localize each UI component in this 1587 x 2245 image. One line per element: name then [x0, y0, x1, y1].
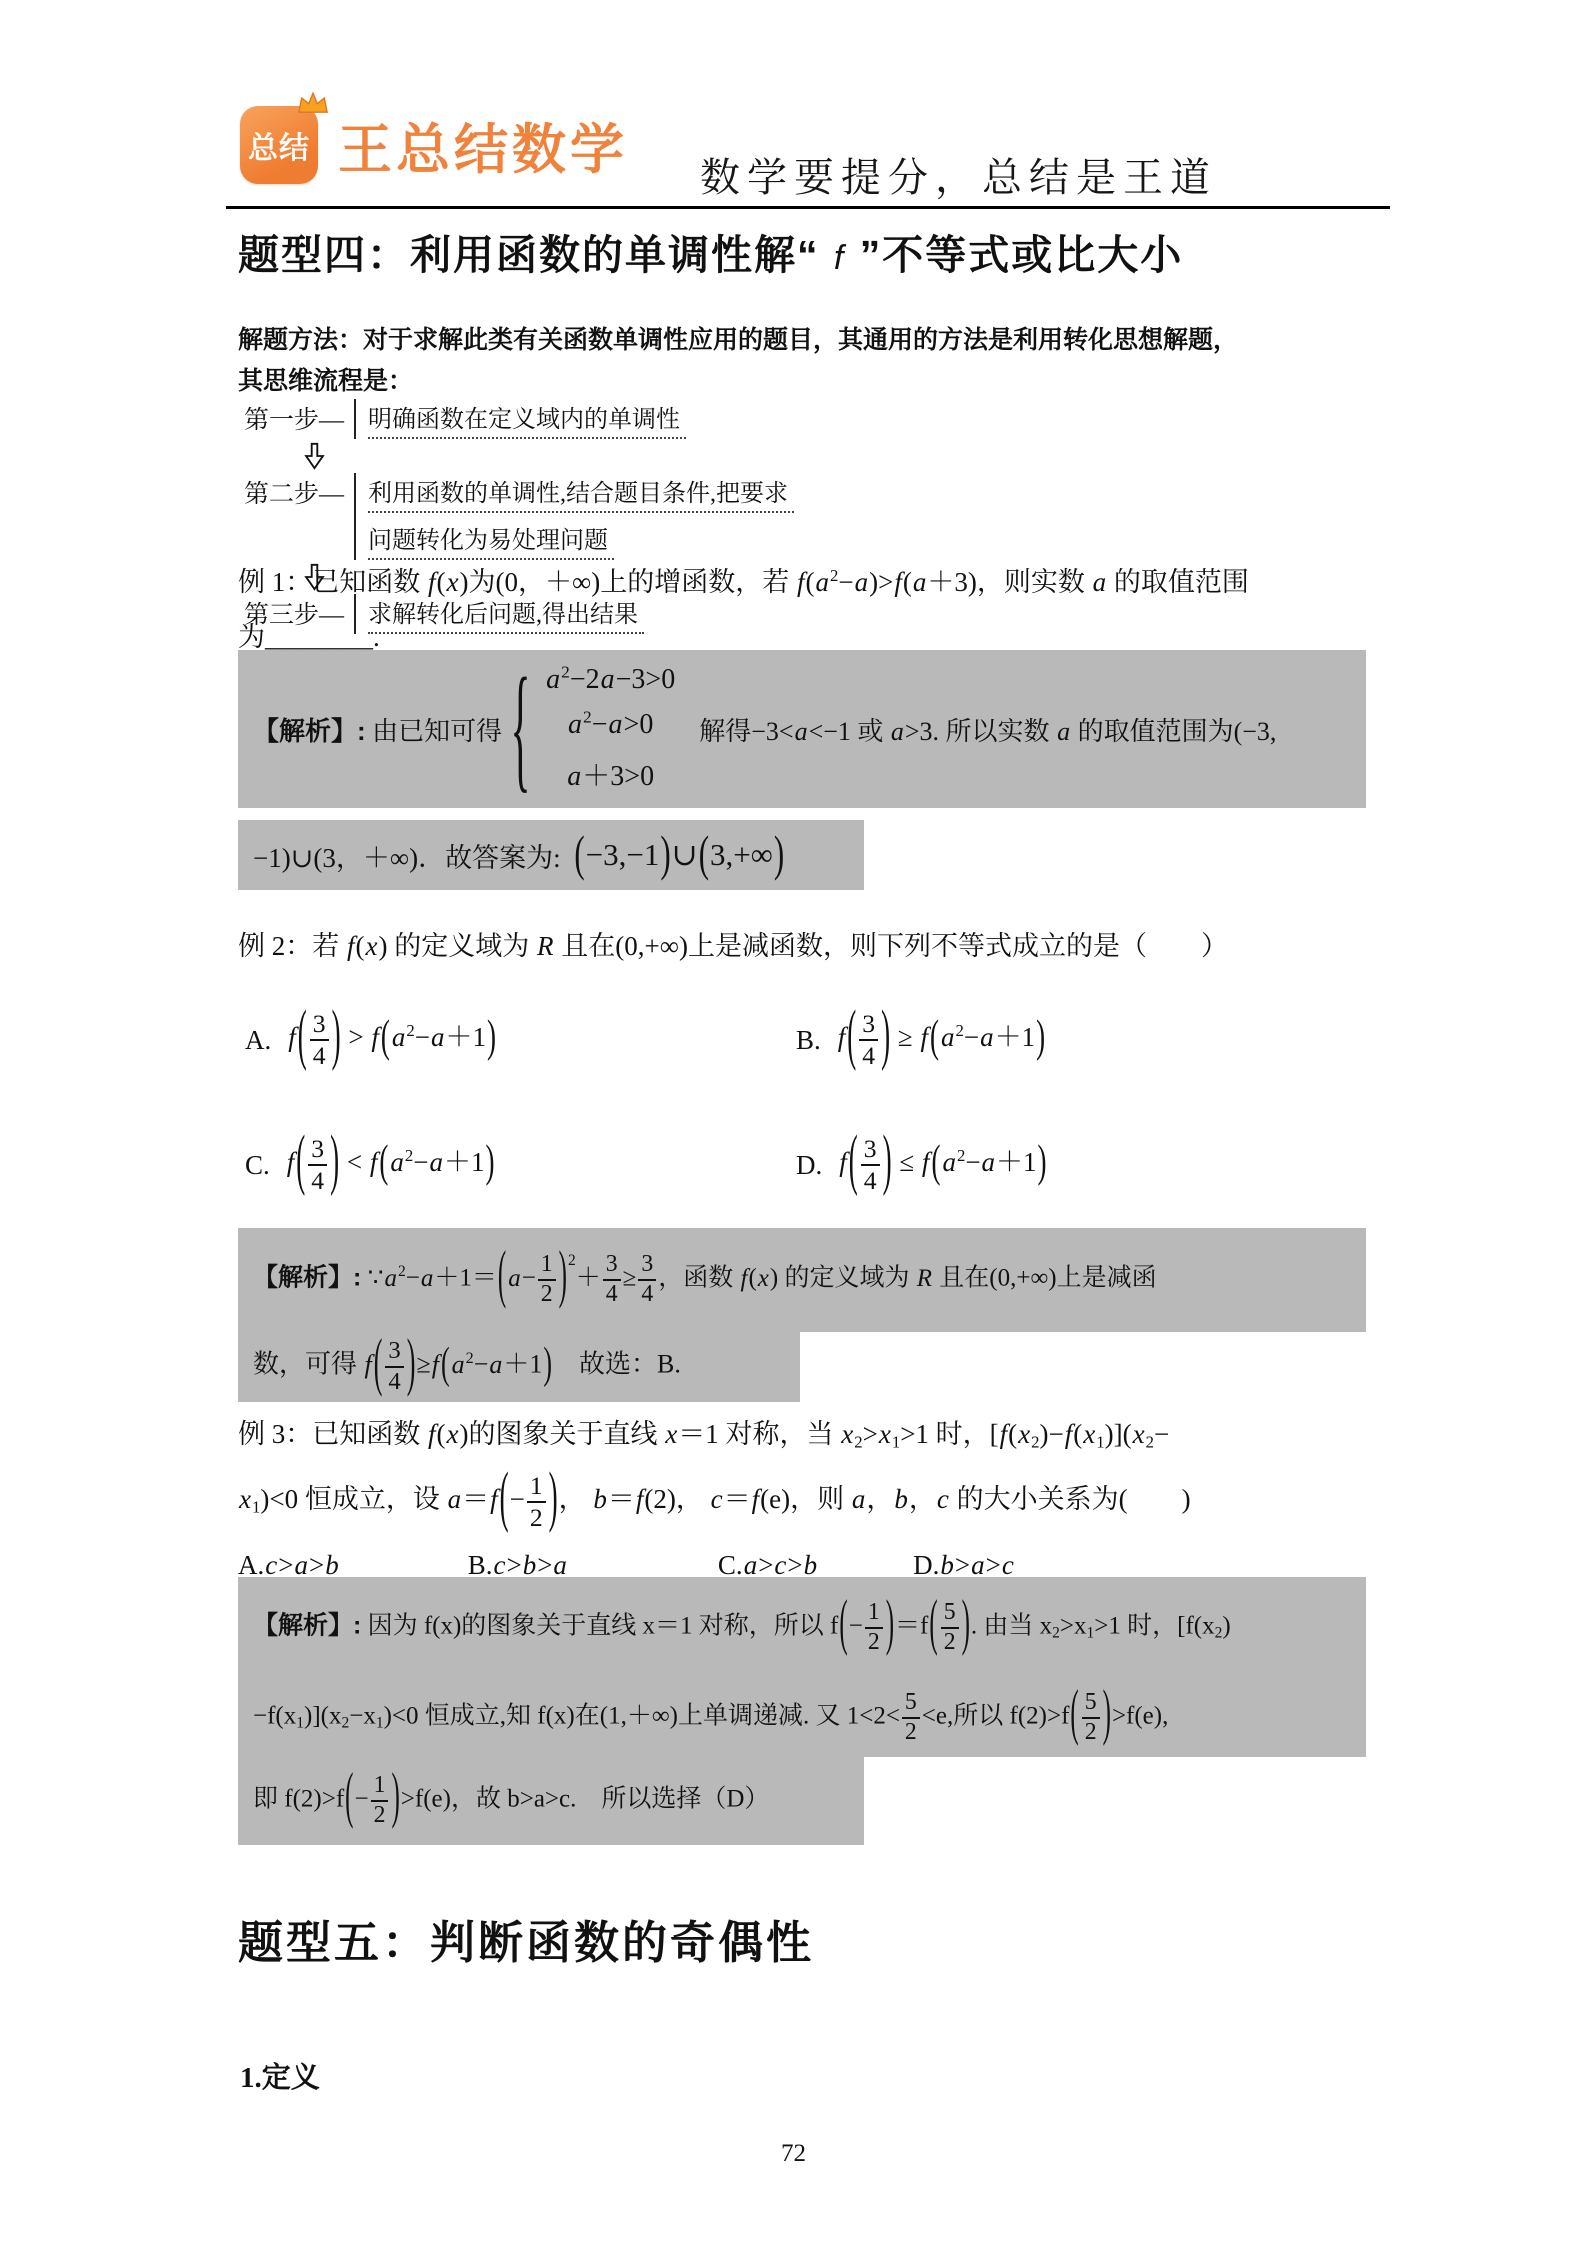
brand-logo-text: 王总结数学 — [338, 107, 628, 184]
example-3-line-2-math: x1)<0 恒成立，设 a＝f(−12)， b＝f(2)， c＝f(e)，则 a… — [238, 1472, 1191, 1531]
method-label: 解题方法： — [238, 326, 363, 354]
method-line-1: 对于求解此类有关函数单调性应用的题目，其通用的方法是利用转化思想解题， — [363, 326, 1238, 354]
example-2-stem: 例 2：若 f(x) 的定义域为 R 且在(0,+∞)上是减函数，则下列不等式成… — [238, 924, 1228, 963]
system-brace: { — [511, 649, 531, 808]
worksheet-page: 总结 王总结数学 数学要提分，总结是王道 题型四：利用函数的单调性解“ f ”不… — [0, 0, 1587, 2245]
option-c-math: f(34) < f(a2−a＋1) — [286, 1135, 496, 1194]
example-2-option-b: B. f(34) ≥ f(a2−a＋1) — [796, 985, 1046, 1095]
flow-step-1-text: 明确函数在定义域内的单调性 — [368, 399, 686, 439]
example-1-line-2: 为________. — [238, 615, 380, 654]
solution-3-line-1: 【解析】: 因为 f(x)的图象关于直线 x＝1 对称，所以 f(−12)＝f(… — [253, 1600, 1231, 1655]
header: 总结 王总结数学 — [240, 106, 628, 184]
flow-step-3-text: 求解转化后问题,得出结果 — [368, 594, 644, 634]
solution-1-prefix: 【解析】: 由已知可得 — [253, 711, 502, 748]
down-arrow-icon — [304, 442, 794, 470]
example-3-line-1: 例 3：已知函数 f(x)的图象关于直线 x＝1 对称，当 x2>x1>1 时，… — [238, 1412, 1169, 1451]
flow-step-2-label: 第二步— — [244, 473, 354, 560]
equation-system: { a2−2a−3>0 a2−a>0 a＋3>0 — [504, 664, 675, 794]
example-3-solution-line-2: −f(x1)](x2−x1)<0 恒成立,知 f(x)在(1,＋∞)上单调递减.… — [238, 1679, 1366, 1757]
system-row-1: a2−2a−3>0 — [545, 664, 675, 696]
example-3-solution-line-3: 即 f(2)>f(−12)>f(e)，故 b>a>c. 所以选择（D） — [238, 1757, 864, 1845]
option-b-math: f(34) ≥ f(a2−a＋1) — [837, 1010, 1046, 1069]
section-title-4: 题型四：利用函数的单调性解“ f ”不等式或比大小 — [238, 222, 1183, 281]
solution-2-line-2: 数，可得 f(34)≥f(a2−a＋1) 故选：B. — [253, 1338, 681, 1395]
solution-3-line-2: −f(x1)](x2−x1)<0 恒成立,知 f(x)在(1,＋∞)上单调递减.… — [253, 1690, 1168, 1745]
flow-step-2-texts: 利用函数的单调性,结合题目条件,把要求 问题转化为易处理问题 — [354, 473, 794, 560]
solution-1-conclusion: 解得−3<a<−1 或 a>3. 所以实数 a 的取值范围为(−3, — [699, 711, 1276, 748]
tagline: 数学要提分，总结是王道 — [700, 146, 1217, 203]
crown-icon — [296, 91, 330, 120]
option-d-label: D. — [796, 1150, 822, 1181]
page-number: 72 — [0, 2140, 1587, 2168]
brand-logo-badge: 总结 — [240, 106, 318, 184]
example-2-solution-line-2: 数，可得 f(34)≥f(a2−a＋1) 故选：B. — [238, 1332, 800, 1402]
example-3-line-2: x1)<0 恒成立，设 a＝f(−12)， b＝f(2)， c＝f(e)，则 a… — [238, 1452, 1191, 1552]
method-paragraph: 解题方法：对于求解此类有关函数单调性应用的题目，其通用的方法是利用转化思想解题，… — [238, 320, 1378, 401]
flow-step-1-label: 第一步— — [244, 399, 354, 439]
example-2-option-a: A. f(34) > f(a2−a＋1) — [245, 985, 497, 1095]
example-1-line-1: 例 1：已知函数 f(x)为(0，＋∞)上的增函数，若 f(a2−a)>f(a＋… — [238, 560, 1249, 599]
solution-2-line-1: 【解析】: ∵a2−a＋1＝(a−12)2＋34≥34，函数 f(x) 的定义域… — [253, 1252, 1157, 1307]
flow-step-1: 第一步— 明确函数在定义域内的单调性 — [244, 399, 794, 439]
option-a-label: A. — [245, 1025, 271, 1056]
solution-3-line-3: 即 f(2)>f(−12)>f(e)，故 b>a>c. 所以选择（D） — [253, 1773, 769, 1828]
solution-1-answer-text: −1)∪(3，＋∞)．故答案为: — [253, 836, 567, 875]
brand-logo-badge-text: 总结 — [248, 123, 310, 167]
flow-step-2-text-1: 利用函数的单调性,结合题目条件,把要求 — [368, 473, 794, 513]
flow-step-2-text-2: 问题转化为易处理问题 — [368, 520, 614, 560]
example-2-solution-line-1: 【解析】: ∵a2−a＋1＝(a−12)2＋34≥34，函数 f(x) 的定义域… — [238, 1228, 1366, 1332]
solution-1-answer: (−3,−1)∪(3,+∞) — [573, 837, 785, 873]
example-2-option-d: D. f(34) ≤ f(a2−a＋1) — [796, 1110, 1048, 1220]
flow-step-3-texts: 求解转化后问题,得出结果 — [354, 594, 644, 634]
system-row-2: a2−a>0 — [567, 709, 653, 741]
method-line-2: 其思维流程是： — [238, 367, 413, 395]
option-a-math: f(34) > f(a2−a＋1) — [287, 1010, 497, 1069]
flow-step-2: 第二步— 利用函数的单调性,结合题目条件,把要求 问题转化为易处理问题 — [244, 473, 794, 560]
definition-heading: 1.定义 — [240, 2055, 320, 2096]
option-d-math: f(34) ≤ f(a2−a＋1) — [838, 1135, 1047, 1194]
system-row-3: a＋3>0 — [566, 754, 654, 794]
section-title-5: 题型五：判断函数的奇偶性 — [238, 1906, 814, 1971]
flow-step-1-texts: 明确函数在定义域内的单调性 — [354, 399, 686, 439]
header-rule — [226, 206, 1390, 209]
example-1-solution-block: 【解析】: 由已知可得 { a2−2a−3>0 a2−a>0 a＋3>0 解得−… — [238, 650, 1366, 808]
option-c-label: C. — [245, 1150, 270, 1181]
system-rows: a2−2a−3>0 a2−a>0 a＋3>0 — [545, 664, 675, 794]
example-2-option-c: C. f(34) < f(a2−a＋1) — [245, 1110, 495, 1220]
example-3-solution-line-1: 【解析】: 因为 f(x)的图象关于直线 x＝1 对称，所以 f(−12)＝f(… — [238, 1577, 1366, 1679]
example-1-solution-block-2: −1)∪(3，＋∞)．故答案为: (−3,−1)∪(3,+∞) — [238, 820, 864, 890]
option-b-label: B. — [796, 1025, 821, 1056]
